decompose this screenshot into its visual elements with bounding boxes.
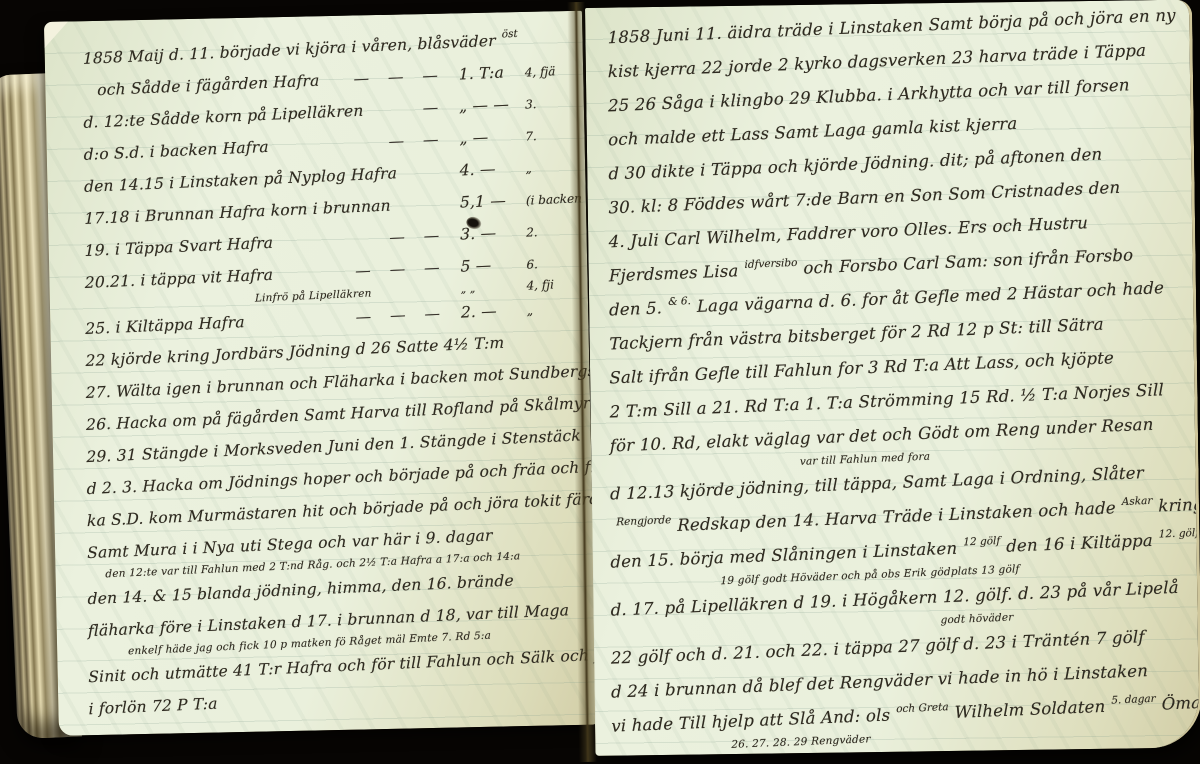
dash-filler — [372, 293, 457, 297]
amount-column: „ — — [455, 120, 525, 155]
photo-background: 1858 Maij d. 11. började vi kjöra i våre… — [0, 0, 1200, 764]
interlinear-note: 12. gölf — [1159, 527, 1199, 541]
amount-column: 5,1 — — [456, 184, 526, 219]
left-page-text: 1858 Maij d. 11. började vi kjöra i våre… — [83, 21, 588, 725]
amount-column: 4. — — [456, 152, 526, 187]
left-page: 1858 Maij d. 11. började vi kjöra i våre… — [44, 11, 597, 736]
interlinear-note: och Greta — [896, 701, 948, 715]
interlinear-note: & 6. — [668, 295, 691, 308]
handwriting-text: 20.21. i täppa vit Hafra — [85, 259, 274, 299]
handwriting-text: den 16 i Kiltäppa — [1006, 531, 1153, 556]
interlinear-note: Askar — [1122, 495, 1153, 508]
dash-filler: — — [363, 91, 455, 127]
handwriting-text: Wilhelm Soldaten — [955, 697, 1106, 722]
handwriting-text: kring, — [1158, 495, 1200, 516]
handwriting-text: vi hade Till hjelp att Slå And: ols — [611, 705, 890, 735]
dash-filler — [391, 208, 456, 211]
amount-column: 2. — — [457, 294, 527, 329]
handwriting-text: Öman & Lass — [1162, 690, 1200, 714]
interlinear-note: Rengjorde — [616, 514, 671, 528]
right-page: 1858 Juni 11. äidra träde i Linstaken Sa… — [585, 0, 1200, 756]
handwriting-text: den 15. börja med Slåningen i Linstaken — [610, 539, 957, 572]
right-page-text: 1858 Juni 11. äidra träde i Linstaken Sa… — [608, 0, 1189, 756]
dash-filler — [397, 176, 456, 179]
interlinear-note: 12 gölf — [963, 535, 1000, 548]
handwriting-text: i forlön 72 P T:a — [88, 688, 217, 726]
handwriting-text: Fjerdsmes Lisa — [609, 261, 739, 285]
amount-column: 5 — — [456, 248, 526, 283]
interlinear-note: 5. dagar — [1111, 693, 1155, 707]
interlinear-note: idfversibo — [744, 257, 797, 271]
amount-column: „ — — — [455, 88, 525, 123]
interlinear-note: öst — [502, 28, 518, 41]
handwriting-text: och Forsbo Carl Sam: son ifrån Forsbo — [803, 245, 1133, 277]
handwriting-text: den 5. — [609, 298, 662, 319]
amount-column: 1. T:a — [455, 56, 525, 91]
